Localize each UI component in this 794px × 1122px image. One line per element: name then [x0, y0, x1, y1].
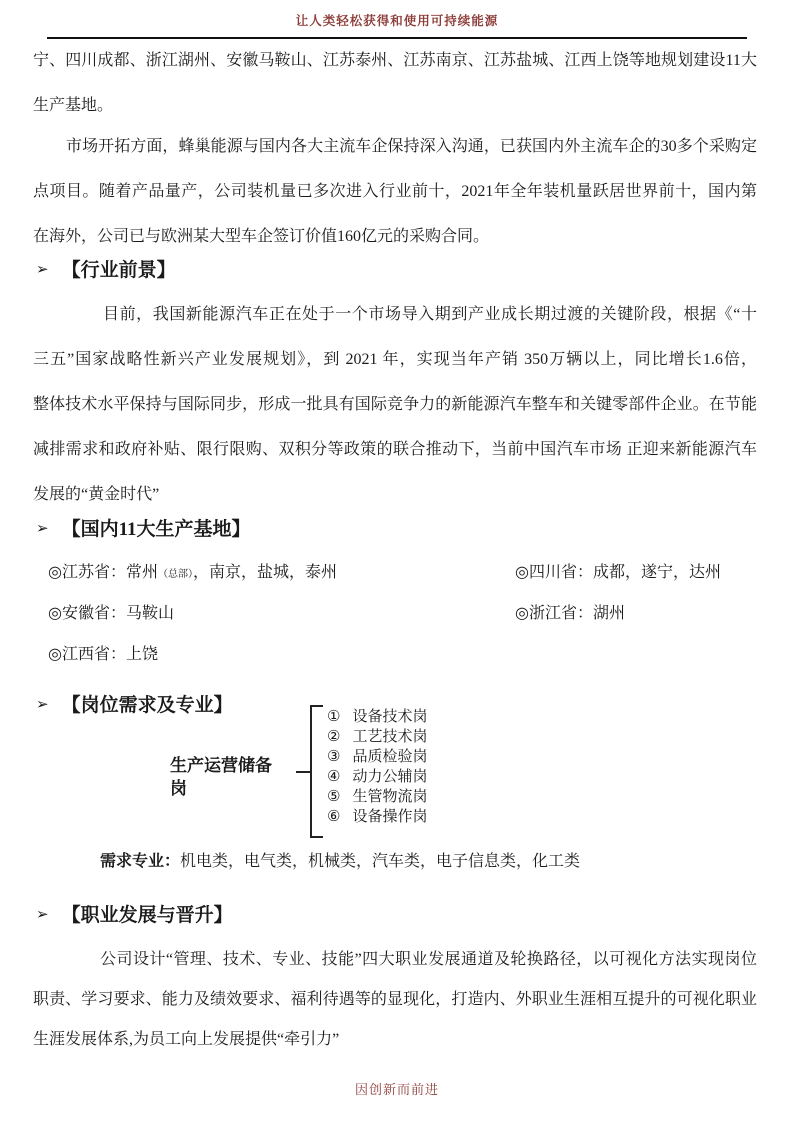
- text-line: 发展的“黄金时代”: [33, 472, 757, 517]
- position-number: ①: [327, 707, 340, 727]
- hq-note: （总部）: [158, 569, 193, 580]
- position-list: ①设备技术岗 ②工艺技术岗 ③品质检验岗 ④动力公辅岗 ⑤生管物流岗 ⑥设备操作…: [327, 707, 427, 827]
- text-line: 在海外，公司已与欧洲某大型车企签订价值160亿元的采购合同。: [33, 214, 757, 259]
- text-line: 公司设计“管理、技术、专业、技能”四大职业发展通道及轮换路径，以可视化方法实现岗…: [33, 940, 757, 980]
- jobs-diagram: 生产运营储备 岗 ①设备技术岗 ②工艺技术岗 ③品质检验岗 ④动力公辅岗 ⑤生管…: [33, 698, 757, 850]
- position-item: ⑤生管物流岗: [327, 787, 427, 807]
- paragraph-career: 公司设计“管理、技术、专业、技能”四大职业发展通道及轮换路径，以可视化方法实现岗…: [33, 940, 757, 1060]
- jobs-group-label: 生产运营储备 岗: [170, 754, 294, 796]
- position-item: ②工艺技术岗: [327, 727, 427, 747]
- position-name: 设备操作岗: [352, 809, 427, 825]
- base-item-zhejiang: ◎浙江省：湖州: [515, 593, 625, 634]
- majors-label: 需求专业：: [100, 853, 180, 870]
- text-line: 目前，我国新能源汽车正在处于一个市场导入期到产业成长期过渡的关键阶段，根据《“十: [33, 292, 757, 337]
- paragraph-market: 市场开拓方面，蜂巢能源与国内各大主流车企保持深入沟通，已获国内外主流车企的30多…: [33, 124, 757, 259]
- section-heading-career: ➢【职业发展与晋升】: [36, 900, 233, 932]
- position-number: ⑤: [327, 787, 340, 807]
- section-heading-industry: ➢【行业前景】: [36, 255, 176, 287]
- position-item: ③品质检验岗: [327, 747, 427, 767]
- majors-line: 需求专业：机电类，电气类，机械类，汽车类，电子信息类，化工类: [100, 848, 580, 876]
- position-number: ⑥: [327, 807, 340, 827]
- arrow-bullet-icon: ➢: [36, 907, 49, 923]
- text-line: 市场开拓方面，蜂巢能源与国内各大主流车企保持深入沟通，已获国内外主流车企的30多…: [33, 124, 757, 169]
- section-title: 【国内11大生产基地】: [62, 519, 251, 540]
- base-item-jiangxi: ◎江西省：上饶: [48, 634, 158, 675]
- arrow-bullet-icon: ➢: [36, 521, 49, 537]
- arrow-bullet-icon: ➢: [36, 262, 49, 278]
- position-name: 设备技术岗: [352, 709, 427, 725]
- jobs-group-label-line: 岗: [170, 777, 294, 796]
- paragraph-industry: 目前，我国新能源汽车正在处于一个市场导入期到产业成长期过渡的关键阶段，根据《“十…: [33, 292, 757, 517]
- base-item-sichuan: ◎四川省：成都，遂宁，达州: [515, 552, 721, 593]
- paragraph-bases-intro: 宁、四川成都、浙江湖州、安徽马鞍山、江苏泰州、江苏南京、江苏盐城、江西上饶等地规…: [33, 38, 757, 128]
- text-line: 减排需求和政府补贴、限行限购、双积分等政策的联合推动下，当前中国汽车市场 正迎来…: [33, 427, 757, 472]
- position-item: ④动力公辅岗: [327, 767, 427, 787]
- position-name: 品质检验岗: [352, 749, 427, 765]
- document-page: 让人类轻松获得和使用可持续能源 宁、四川成都、浙江湖州、安徽马鞍山、江苏泰州、江…: [0, 0, 794, 1122]
- base-text: ◎江苏省：常州: [48, 564, 158, 581]
- base-item-jiangsu: ◎江苏省：常州（总部），南京，盐城，泰州: [48, 552, 337, 593]
- section-title: 【行业前景】: [62, 260, 176, 281]
- text-line: 生产基地。: [33, 83, 757, 128]
- text-line: 职责、学习要求、能力及绩效要求、福利待遇等的显现化，打造内、外职业生涯相互提升的…: [33, 980, 757, 1020]
- text-line: 三五”国家战略性新兴产业发展规划》，到 2021 年，实现当年产销 350万辆以…: [33, 337, 757, 382]
- base-text: ，南京，盐城，泰州: [193, 564, 337, 581]
- majors-list: 机电类，电气类，机械类，汽车类，电子信息类，化工类: [180, 853, 580, 870]
- position-name: 生管物流岗: [352, 789, 427, 805]
- section-title: 【职业发展与晋升】: [62, 905, 233, 926]
- base-item-anhui: ◎安徽省：马鞍山: [48, 593, 174, 634]
- position-number: ③: [327, 747, 340, 767]
- bracket-shape: [310, 705, 323, 838]
- text-line: 宁、四川成都、浙江湖州、安徽马鞍山、江苏泰州、江苏南京、江苏盐城、江西上饶等地规…: [33, 38, 757, 83]
- footer-slogan: 因创新而前进: [0, 1080, 794, 1100]
- position-item: ⑥设备操作岗: [327, 807, 427, 827]
- position-name: 工艺技术岗: [352, 729, 427, 745]
- header-slogan: 让人类轻松获得和使用可持续能源: [0, 10, 794, 32]
- position-name: 动力公辅岗: [352, 769, 427, 785]
- position-number: ④: [327, 767, 340, 787]
- section-heading-bases: ➢【国内11大生产基地】: [36, 514, 251, 546]
- position-number: ②: [327, 727, 340, 747]
- text-line: 生涯发展体系,为员工向上发展提供“牵引力”: [33, 1020, 757, 1060]
- text-line: 点项目。随着产品量产，公司装机量已多次进入行业前十，2021年全年装机量跃居世界…: [33, 169, 757, 214]
- position-item: ①设备技术岗: [327, 707, 427, 727]
- jobs-group-label-line: 生产运营储备: [170, 754, 294, 777]
- text-line: 整体技术水平保持与国际同步，形成一批具有国际竞争力的新能源汽车整车和关键零部件企…: [33, 382, 757, 427]
